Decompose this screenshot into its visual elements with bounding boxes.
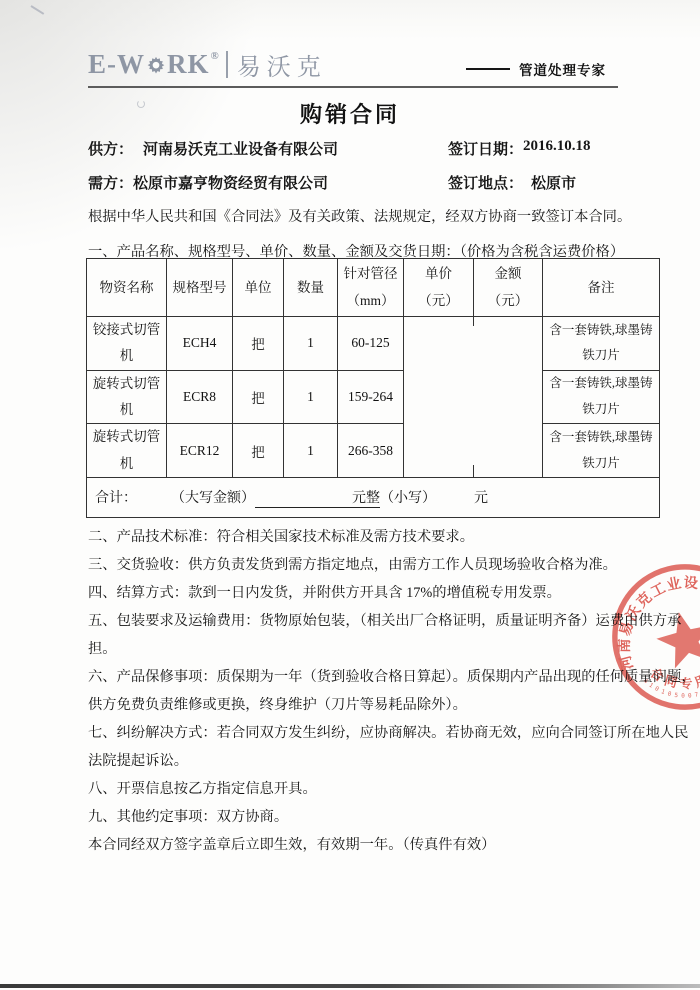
col-header-name: 物资名称 (87, 259, 167, 317)
clause-line: 五、包装要求及运输费用：货物原始包装，（相关出厂合格证明，质量证明齐备）运费由供… (88, 607, 673, 635)
yuan-unit: 元 (474, 487, 488, 507)
table-row: 旋转式切管机 ECR8 把 1 159-264 含一套铸铁,球墨铸铁刀片 (87, 370, 660, 424)
clause-line: 供方免费负责维修或更换，终身维护（刀片等易耗品除外）。 (88, 691, 673, 719)
buyer-row: 需方： 松原市嘉亨物资经贸有限公司 签订地点： 松原市 (88, 172, 673, 193)
clause-line: 七、纠纷解决方式：若合同双方发生纠纷，应协商解决。若协商无效，应向合同签订所在地… (88, 719, 673, 747)
clause-line: 九、其他约定事项：双方协商。 (88, 803, 673, 831)
company-logo: E-W RK ® 易沃克 (88, 47, 327, 82)
capital-amount-blank (255, 487, 352, 508)
clause-line: 四、结算方式：款到一日内发货，并附供方开具含 17%的增值税专用发票。 (88, 579, 673, 607)
page-title: 购销合同 (0, 98, 700, 129)
cell-name: 铰接式切管机 (87, 317, 167, 371)
intro-clause: 根据中华人民共和国《合同法》及有关政策、法规规定，经双方协商一致签订本合同。 (88, 206, 631, 226)
cell-model: ECR8 (167, 370, 233, 424)
sign-date-value: 2016.10.18 (523, 138, 591, 159)
buyer-label: 需方： (88, 172, 133, 193)
cell-remark: 含一套铸铁,球墨铸铁刀片 (543, 317, 660, 371)
cell-qty: 1 (284, 424, 338, 478)
clause-line: 三、交货验收：供方负责发货到需方指定地点，由需方工作人员现场验收合格为准。 (88, 551, 673, 579)
cell-model: ECH4 (167, 317, 233, 371)
logo-chinese-name: 易沃克 (237, 47, 327, 82)
cell-unit: 把 (233, 424, 284, 478)
yuan-integer-suffix: 元整 (352, 487, 380, 508)
seal-star-icon (651, 605, 700, 671)
contract-clauses: 二、产品技术标准：符合相关国家技术标准及需方技术要求。 三、交货验收：供方负责发… (88, 523, 673, 859)
clause-line: 法院提起诉讼。 (88, 747, 673, 775)
col-header-diameter: 针对管径（mm） (338, 259, 404, 317)
capital-amount-label: （大写金额） (171, 487, 255, 507)
cell-diameter: 60-125 (338, 317, 404, 371)
col-header-qty: 数量 (284, 259, 338, 317)
cell-unit: 把 (233, 317, 284, 371)
col-header-amount: 金额（元） (474, 259, 543, 317)
supplier-name: 河南易沃克工业设备有限公司 (143, 138, 338, 159)
gear-icon (146, 56, 166, 76)
cell-name: 旋转式切管机 (87, 424, 167, 478)
registered-mark: ® (211, 50, 219, 62)
cell-price-amount-blank (404, 317, 543, 478)
contract-page: E-W RK ® 易沃克 管道处理专家 购销合同 供方： 河南易沃克工业设备有限… (0, 0, 700, 990)
clause-line: 本合同经双方签字盖章后立即生效，有效期一年。（传真件有效） (88, 831, 673, 859)
sign-place-label: 签订地点： (448, 172, 523, 193)
logo-latin-suffix: RK (167, 49, 210, 80)
cell-remark: 含一套铸铁,球墨铸铁刀片 (543, 370, 660, 424)
cell-diameter: 266-358 (338, 424, 404, 478)
sign-place-value: 松原市 (531, 172, 576, 193)
col-header-remark: 备注 (543, 259, 660, 317)
col-header-model: 规格型号 (167, 259, 233, 317)
cell-unit: 把 (233, 370, 284, 424)
tagline-text: 管道处理专家 (519, 59, 606, 79)
scan-edge-bar (0, 984, 700, 988)
buyer-name: 松原市嘉亨物资经贸有限公司 (133, 172, 328, 193)
col-header-unit-price: 单价（元） (404, 259, 474, 317)
cell-diameter: 159-264 (338, 370, 404, 424)
tagline: 管道处理专家 (466, 59, 606, 79)
cell-model: ECR12 (167, 424, 233, 478)
product-table: 物资名称 规格型号 单位 数量 针对管径（mm） 单价（元） 金额（元） 备注 … (86, 258, 660, 518)
logo-latin-prefix: E-W (88, 49, 145, 80)
sign-date-label: 签订日期： (448, 138, 523, 159)
cell-remark: 含一套铸铁,球墨铸铁刀片 (543, 424, 660, 478)
cell-qty: 1 (284, 317, 338, 371)
table-row: 旋转式切管机 ECR12 把 1 266-358 含一套铸铁,球墨铸铁刀片 (87, 424, 660, 478)
cell-name: 旋转式切管机 (87, 370, 167, 424)
clause-line: 二、产品技术标准：符合相关国家技术标准及需方技术要求。 (88, 523, 673, 551)
logo-separator (226, 51, 228, 78)
tagline-dash (466, 68, 510, 71)
table-total-row: 合计： （大写金额） 元整 （小写） 元 (87, 477, 660, 517)
table-header-row: 物资名称 规格型号 单位 数量 针对管径（mm） 单价（元） 金额（元） 备注 (87, 259, 660, 317)
supplier-label: 供方： (88, 138, 133, 159)
clause-line: 六、产品保修事项：质保期为一年（货到验收合格日算起）。质保期内产品出现的任何质量… (88, 663, 673, 691)
col-header-unit: 单位 (233, 259, 284, 317)
scan-artifact (31, 5, 45, 14)
cell-qty: 1 (284, 370, 338, 424)
table-row: 铰接式切管机 ECH4 把 1 60-125 含一套铸铁,球墨铸铁刀片 (87, 317, 660, 371)
clause-line: 八、开票信息按乙方指定信息开具。 (88, 775, 673, 803)
header-rule (88, 86, 618, 88)
small-amount-label: （小写） (380, 487, 436, 507)
supplier-row: 供方： 河南易沃克工业设备有限公司 签订日期： 2016.10.18 (88, 138, 673, 159)
total-label: 合计： (95, 487, 137, 507)
clause-line: 担。 (88, 635, 673, 663)
